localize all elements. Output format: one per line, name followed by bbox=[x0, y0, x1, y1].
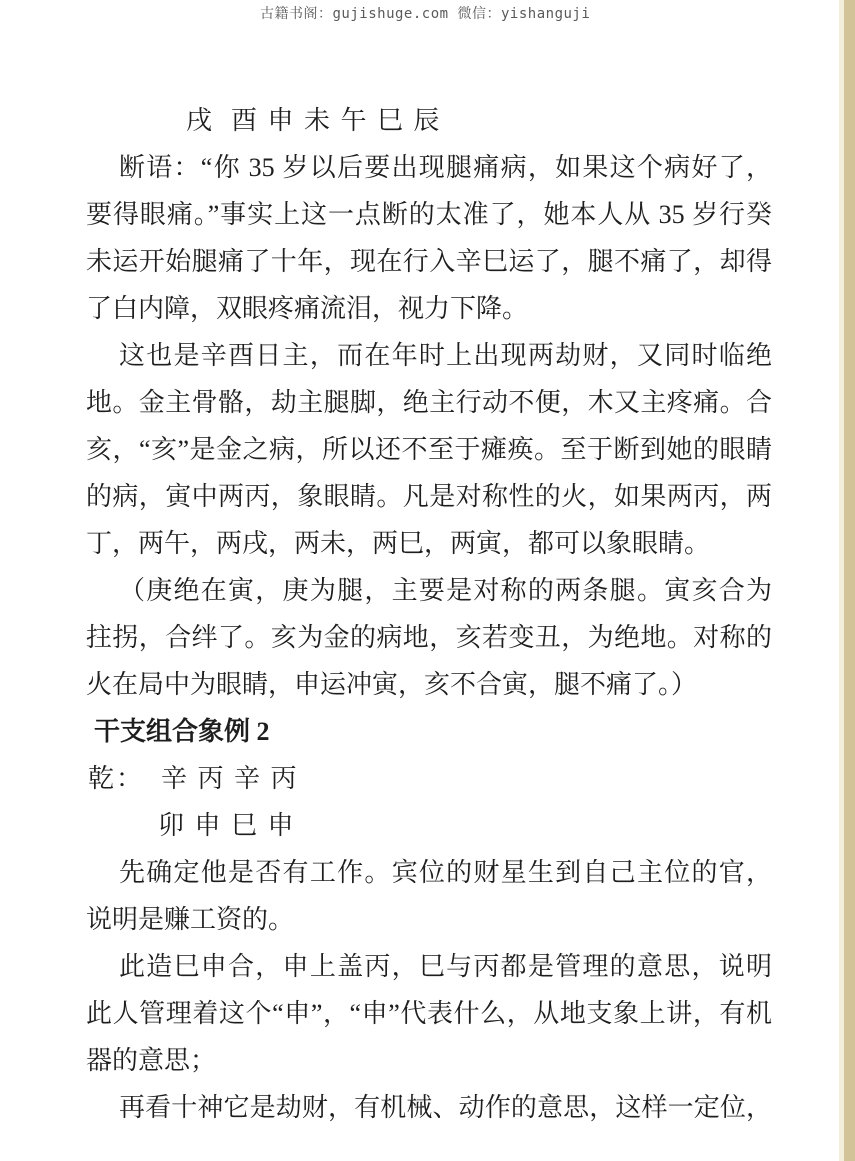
text-line: 地。金主骨骼，劫主腿脚，绝主行动不便，木又主疼痛。合 bbox=[86, 379, 772, 426]
watermark-header: 古籍书阁：gujishuge.com 微信：yishanguji bbox=[260, 3, 590, 23]
text-line: 戌 酉 申 未 午 巳 辰 bbox=[86, 97, 772, 144]
text-line: 乾： 辛 丙 辛 丙 bbox=[86, 755, 772, 802]
text-line: 未运开始腿痛了十年，现在行入辛巳运了，腿不痛了，却得 bbox=[86, 238, 772, 285]
text-line: 再看十神它是劫财，有机械、动作的意思，这样一定位， bbox=[86, 1084, 772, 1131]
text-line: 此造巳申合，申上盖丙，巳与丙都是管理的意思，说明 bbox=[86, 943, 772, 990]
scan-edge-stripe bbox=[844, 0, 855, 1161]
text-line: 说明是赚工资的。 bbox=[86, 896, 772, 943]
text-line: 丁，两午，两戌，两未，两巳，两寅，都可以象眼睛。 bbox=[86, 520, 772, 567]
section-heading: 干支组合象例 2 bbox=[86, 708, 772, 755]
text-line: 火在局中为眼睛，申运冲寅，亥不合寅，腿不痛了。） bbox=[86, 661, 772, 708]
text-line: 要得眼痛。”事实上这一点断的太准了，她本人从 35 岁行癸 bbox=[86, 191, 772, 238]
text-line: 此人管理着这个“申”，“申”代表什么，从地支象上讲，有机 bbox=[86, 990, 772, 1037]
text-line: 断语：“你 35 岁以后要出现腿痛病，如果这个病好了， bbox=[86, 144, 772, 191]
text-line: 先确定他是否有工作。宾位的财星生到自己主位的官， bbox=[86, 849, 772, 896]
scanned-book-page: 古籍书阁：gujishuge.com 微信：yishanguji 戌 酉 申 未… bbox=[0, 0, 855, 1161]
text-line: 了白内障，双眼疼痛流泪，视力下降。 bbox=[86, 285, 772, 332]
text-line: 拄拐，合绊了。亥为金的病地，亥若变丑，为绝地。对称的 bbox=[86, 614, 772, 661]
text-line: 亥，“亥”是金之病，所以还不至于瘫痪。至于断到她的眼睛 bbox=[86, 426, 772, 473]
text-line: 的病，寅中两丙，象眼睛。凡是对称性的火，如果两丙，两 bbox=[86, 473, 772, 520]
text-line: 这也是辛酉日主，而在年时上出现两劫财，又同时临绝 bbox=[86, 332, 772, 379]
page-body-text: 戌 酉 申 未 午 巳 辰断语：“你 35 岁以后要出现腿痛病，如果这个病好了，… bbox=[86, 97, 772, 1131]
text-line: 器的意思； bbox=[86, 1037, 772, 1084]
text-line: 卯 申 巳 申 bbox=[86, 802, 772, 849]
text-line: （庚绝在寅，庚为腿，主要是对称的两条腿。寅亥合为 bbox=[86, 567, 772, 614]
